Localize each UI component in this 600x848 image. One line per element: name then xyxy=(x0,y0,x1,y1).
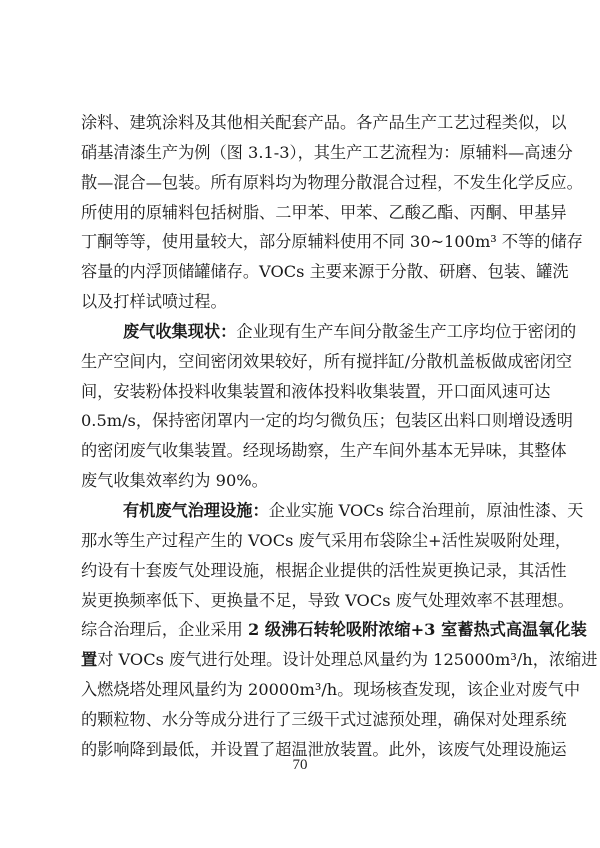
text-line: 的颗粒物、水分等成分进行了三级干式过滤预处理，确保对处理系统 xyxy=(81,705,521,735)
document-body: 涂料、建筑涂料及其他相关配套产品。各产品生产工艺过程类似，以 硝基清漆生产为例（… xyxy=(81,108,521,765)
page-number: 70 xyxy=(0,757,600,774)
text-line: 综合治理后，企业采用 2 级沸石转轮吸附浓缩+3 室蓄热式高温氧化装 xyxy=(81,615,521,645)
text-line: 那水等生产过程产生的 VOCs 废气采用布袋除尘+活性炭吸附处理， xyxy=(81,526,521,556)
text-line: 丁酮等等，使用量较大，部分原辅料使用不同 30~100m³ 不等的储存 xyxy=(81,227,521,257)
text-line: 置对 VOCs 废气进行处理。设计处理总风量约为 125000m³/h，浓缩进 xyxy=(81,645,521,675)
bold-phrase: 置 xyxy=(81,650,97,669)
paragraph-heading: 废气收集现状： xyxy=(123,322,236,341)
text-line: 入燃烧塔处理风量约为 20000m³/h。现场核查发现，该企业对废气中 xyxy=(81,675,521,705)
text-span: 企业现有生产车间分散釜生产工序均位于密闭的 xyxy=(236,322,576,341)
text-line: 以及打样试喷过程。 xyxy=(81,287,521,317)
text-line: 散—混合—包装。所有原料均为物理分散混合过程，不发生化学反应。 xyxy=(81,168,521,198)
text-span: 企业实施 VOCs 综合治理前，原油性漆、天 xyxy=(269,501,584,520)
text-line: 0.5m/s，保持密闭罩内一定的均匀微负压；包装区出料口则增设透明 xyxy=(81,406,521,436)
text-line: 间，安装粉体投料收集装置和液体投料收集装置，开口面风速可达 xyxy=(81,377,521,407)
text-line: 生产空间内，空间密闭效果较好，所有搅拌缸/分散机盖板做成密闭空 xyxy=(81,347,521,377)
paragraph-heading: 有机废气治理设施： xyxy=(123,501,269,520)
text-line: 约设有十套废气处理设施，根据企业提供的活性炭更换记录，其活性 xyxy=(81,556,521,586)
text-line: 容量的内浮顶储罐储存。VOCs 主要来源于分散、研磨、包装、罐洗 xyxy=(81,257,521,287)
text-line: 所使用的原辅料包括树脂、二甲苯、甲苯、乙酸乙酯、丙酮、甲基异 xyxy=(81,198,521,228)
bold-phrase: 2 级沸石转轮吸附浓缩+3 室蓄热式高温氧化装 xyxy=(248,620,587,639)
paragraph-first-line: 废气收集现状：企业现有生产车间分散釜生产工序均位于密闭的 xyxy=(81,317,521,347)
text-line: 硝基清漆生产为例（图 3.1-3），其生产工艺流程为：原辅料—高速分 xyxy=(81,138,521,168)
text-line: 炭更换频率低下、更换量不足，导致 VOCs 废气处理效率不甚理想。 xyxy=(81,586,521,616)
text-span: 综合治理后，企业采用 xyxy=(81,620,248,639)
paragraph-first-line: 有机废气治理设施：企业实施 VOCs 综合治理前，原油性漆、天 xyxy=(81,496,521,526)
text-line: 的密闭废气收集装置。经现场勘察，生产车间外基本无异味，其整体 xyxy=(81,436,521,466)
text-line: 涂料、建筑涂料及其他相关配套产品。各产品生产工艺过程类似，以 xyxy=(81,108,521,138)
text-line: 废气收集效率约为 90%。 xyxy=(81,466,521,496)
text-span: 对 VOCs 废气进行处理。设计处理总风量约为 125000m³/h，浓缩进 xyxy=(97,650,597,669)
